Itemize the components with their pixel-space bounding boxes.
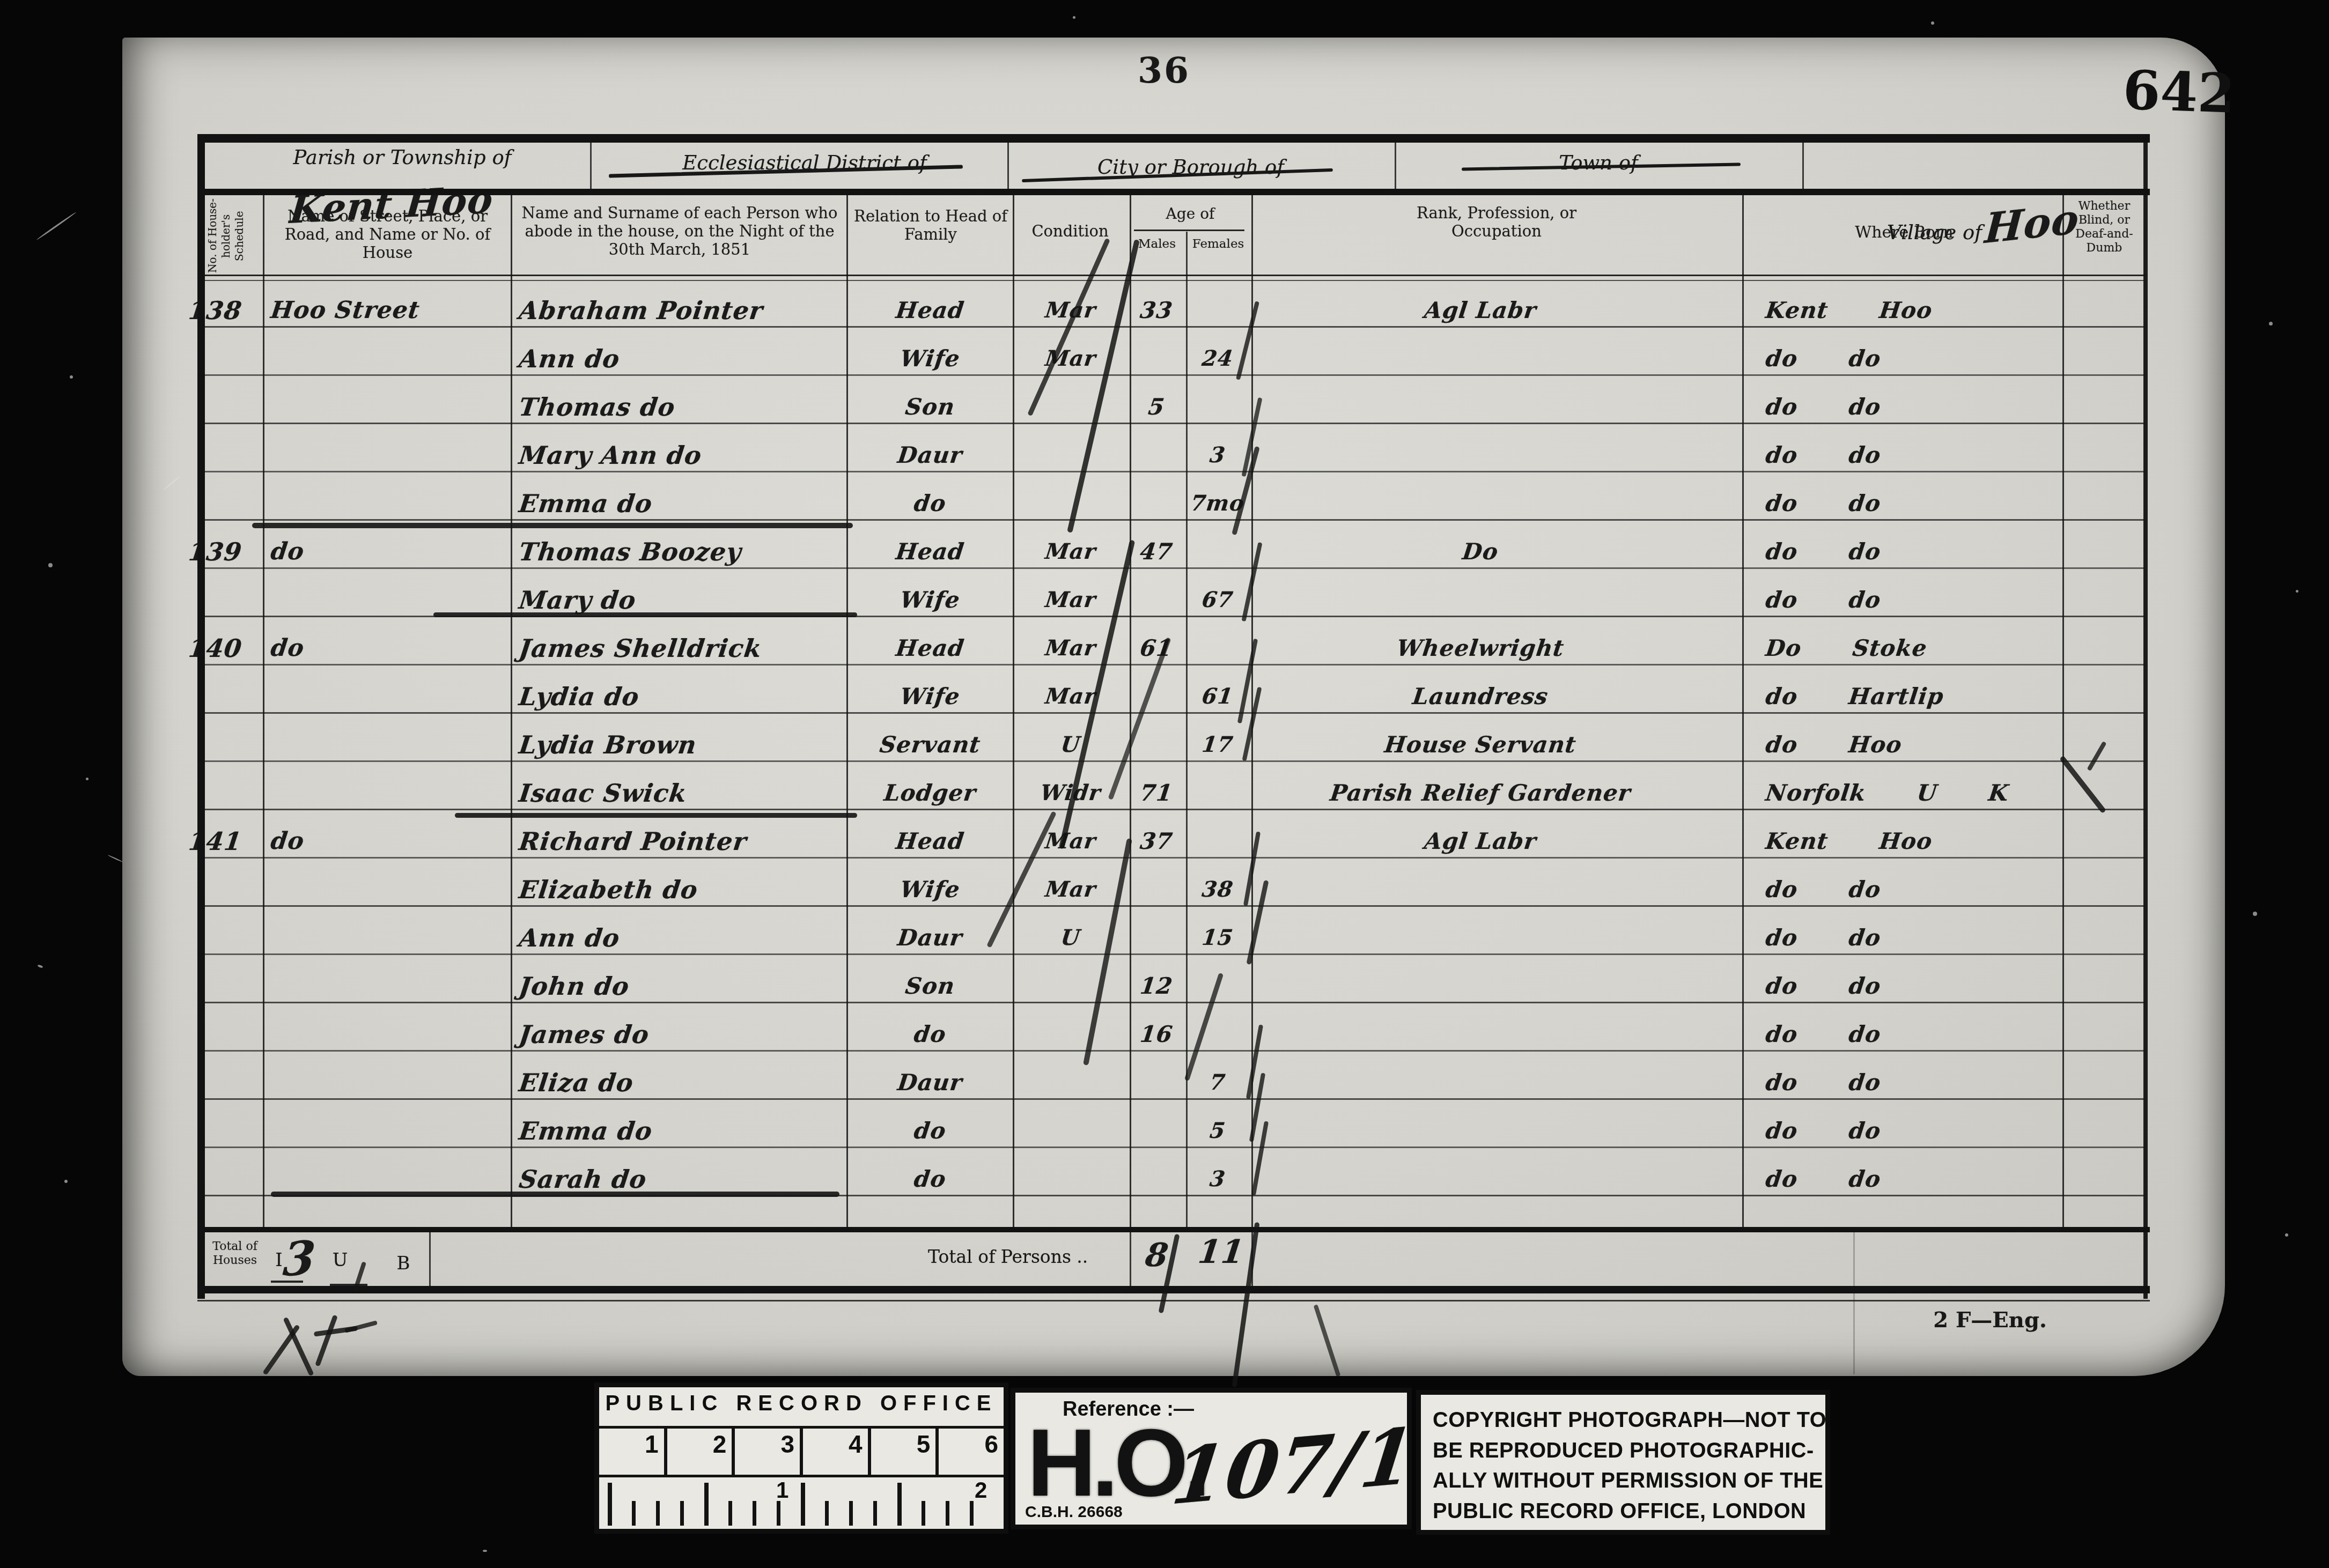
cell-name: Thomas Boozey [517,536,840,567]
film-speck [70,375,73,379]
census-microfilm-frame: 36 642 Parish or Township of Kent Hoo Ec… [0,0,2329,1568]
total-houses-value: 3 [282,1229,334,1287]
parish-label: Parish or Township of [247,146,558,169]
printed-rule [197,567,2144,569]
cell-age_m: 16 [1127,1019,1185,1050]
cell-occupation: Agl Labr [1264,826,1697,857]
plate-code: 2 F—Eng. [1910,1307,2070,1333]
cell-age_f: 7 [1184,1067,1251,1098]
printed-rule [197,326,2144,328]
cell-age_f: 67 [1184,585,1251,616]
cell-age_m: 12 [1127,971,1185,1002]
cell-born: Norfolk U K [1764,778,2100,809]
printed-rule [197,1002,2144,1003]
cell-born: do do [1764,536,2100,567]
printed-rule [197,1147,2144,1148]
cell-name: Elizabeth do [517,874,840,905]
cell-condition: Mar [1016,536,1125,567]
column-schedule: No. of House-holder's Schedule [206,198,260,273]
cell-born: Kent Hoo [1764,295,2100,326]
pro-ruler-inch-2: 2 [975,1477,987,1503]
total-houses-b: B [392,1253,415,1274]
cell-relation: Son [852,971,1008,1002]
cell-occupation: House Servant [1264,729,1697,760]
column-age: Age of [1132,205,1249,223]
cell-street: do [269,633,503,664]
cell-age_f: 38 [1184,874,1251,905]
printed-rule [197,519,2144,521]
film-speck [48,563,53,567]
printed-rule [197,280,2146,281]
printed-rule [590,143,592,190]
printed-rule [1742,195,1744,1228]
printed-rule [1007,143,1009,190]
printed-rule [846,195,848,1228]
cell-name: Isaac Swick [517,778,840,809]
printed-rule [197,953,2144,955]
cell-relation: Wife [852,874,1008,905]
cell-relation: Wife [852,681,1008,712]
printed-rule [197,664,2144,665]
cell-name: Emma do [517,488,840,519]
pro-ruler-cm-number: 5 [871,1429,939,1475]
cell-born: Do Stoke [1764,633,2100,664]
printed-rule [197,809,2144,810]
total-houses-label: Total of Houses [207,1240,263,1268]
ink-mark [271,1192,839,1197]
cell-name: Mary do [517,585,840,616]
reference-code: C.B.H. 26668 [1025,1503,1123,1521]
page-number: 36 [1116,49,1212,91]
printed-rule [197,374,2144,376]
cell-born: do do [1764,440,2100,471]
pro-ruler-ticks-small [608,1501,994,1526]
cell-name: Emma do [517,1115,840,1147]
cell-occupation: Agl Labr [1264,295,1697,326]
total-females: 11 [1190,1233,1254,1271]
total-persons-label: Total of Persons .. [928,1246,1105,1267]
film-speck [108,855,123,862]
cell-name: Lydia do [517,681,840,712]
printed-rule [1395,143,1396,190]
pro-ruler-cm-number: 3 [735,1429,803,1475]
pro-ruler-title: PUBLIC RECORD OFFICE [599,1392,1004,1416]
printed-rule [1130,1229,1131,1287]
pro-ruler-inch-1: 1 [776,1477,788,1503]
reference-stamp: Reference :— H.O. 107/1609 C.B.H. 26668 [1011,1388,1412,1529]
printed-rule [330,1284,367,1286]
printed-rule [197,189,2150,195]
cell-born: do do [1764,1115,2100,1147]
cell-name: John do [517,971,840,1002]
cell-relation: Head [852,826,1008,857]
film-speck [483,1550,487,1552]
printed-rule [197,1050,2144,1052]
cell-born: do do [1764,922,2100,953]
cell-relation: Daur [852,922,1008,953]
cell-occupation: Wheelwright [1264,633,1697,664]
column-relation: Relation to Head of Family [852,207,1009,243]
column-females: Females [1186,237,1250,252]
film-speck [2269,322,2273,326]
cell-name: Thomas do [517,391,840,423]
cell-born: do do [1764,1067,2100,1098]
cell-condition: Mar [1016,681,1125,712]
pro-ruler-cm-number: 6 [939,1429,1004,1475]
cell-age_f: 3 [1184,1164,1251,1195]
cell-relation: do [852,1164,1008,1195]
cell-relation: Wife [852,343,1008,374]
copyright-stamp: COPYRIGHT PHOTOGRAPH—NOT TOBE REPRODUCED… [1416,1390,1830,1535]
pro-ruler-stamp: PUBLIC RECORD OFFICE 123456 1 2 [594,1382,1008,1534]
cell-age_f: 5 [1184,1115,1251,1147]
town-label: Town of [1480,151,1716,174]
cell-age_m: 61 [1127,633,1185,664]
printed-rule [429,1229,431,1287]
cell-street: do [269,826,503,857]
cell-age_m: 33 [1127,295,1185,326]
printed-rule [197,857,2144,859]
cell-name: Richard Pointer [517,826,840,857]
printed-rule [197,134,205,1299]
copyright-line: PUBLIC RECORD OFFICE, LONDON [1433,1496,1805,1526]
film-speck [1931,21,1934,25]
film-speck [86,778,89,780]
cell-name: Mary Ann do [517,440,840,471]
printed-rule [197,134,2150,143]
printed-rule [197,1300,2150,1301]
copyright-text: COPYRIGHT PHOTOGRAPH—NOT TOBE REPRODUCED… [1433,1404,1817,1526]
cell-born: do do [1764,585,2100,616]
ink-mark [433,612,857,617]
pro-ruler-cm-number: 2 [667,1429,735,1475]
cell-relation: Son [852,391,1008,423]
cell-age_f: 15 [1184,922,1251,953]
printed-rule [197,905,2144,907]
cell-relation: do [852,1019,1008,1050]
cell-born: do do [1764,874,2100,905]
ink-mark [1853,1231,1855,1374]
cell-name: Eliza do [517,1067,840,1098]
film-speck [64,1180,68,1183]
cell-born: do do [1764,488,2100,519]
column-condition: Condition [1014,222,1126,240]
printed-rule [197,1098,2144,1100]
printed-rule [1130,195,1131,1228]
cell-born: do do [1764,1019,2100,1050]
cell-born: do do [1764,391,2100,423]
cell-born: do Hoo [1764,729,2100,760]
cell-born: Kent Hoo [1764,826,2100,857]
pro-ruler-cm-row: 123456 [599,1429,1004,1475]
film-speck [1073,16,1075,19]
printed-rule [1134,230,1244,231]
cell-condition: Mar [1016,874,1125,905]
cell-name: James do [517,1019,840,1050]
cell-age_m: 71 [1127,778,1185,809]
cell-occupation: Laundress [1264,681,1697,712]
cell-relation: do [852,1115,1008,1147]
printed-rule [197,471,2144,472]
cell-name: Sarah do [517,1164,840,1195]
copyright-line: ALLY WITHOUT PERMISSION OF THE [1433,1465,1805,1496]
printed-rule [197,1227,2150,1232]
cell-name: James Shelldrick [517,633,840,664]
cell-relation: do [852,488,1008,519]
cell-name: Ann do [517,343,840,374]
printed-rule [197,712,2144,714]
printed-rule [2062,195,2064,1228]
cell-street: Hoo Street [269,295,503,326]
cell-occupation: Parish Relief Gardener [1264,778,1697,809]
pro-ruler-cm-number: 4 [803,1429,871,1475]
film-speck [2253,912,2257,916]
cell-name: Abraham Pointer [517,295,840,326]
printed-rule [263,195,264,1228]
column-rank: Rank, Profession, or Occupation [1411,204,1582,240]
cell-age_m: 47 [1127,536,1185,567]
cell-condition: Mar [1016,585,1125,616]
cell-name: Lydia Brown [517,729,840,760]
copyright-line: BE REPRODUCED PHOTOGRAPHIC- [1433,1435,1805,1466]
printed-rule [197,275,2146,276]
cell-relation: Head [852,536,1008,567]
printed-rule [511,195,512,1228]
cell-relation: Head [852,295,1008,326]
cell-relation: Servant [852,729,1008,760]
column-name: Name and Surname of each Person who abod… [516,204,843,259]
printed-rule [197,760,2144,762]
cell-relation: Daur [852,440,1008,471]
ink-mark [455,813,857,818]
cell-age_m: 37 [1127,826,1185,857]
ink-mark [252,523,853,528]
printed-rule [1802,143,1804,190]
column-street: Name of Street, Place, or Road, and Name… [268,207,507,262]
printed-rule [390,1287,428,1289]
film-speck [2285,1233,2288,1237]
cell-name: Ann do [517,922,840,953]
cell-born: do do [1764,1164,2100,1195]
cell-condition: U [1016,729,1125,760]
film-speck [2296,590,2298,593]
film-speck [38,964,43,968]
cell-street: do [269,536,503,567]
cell-relation: Daur [852,1067,1008,1098]
folio-stamp: 642 [2122,58,2231,125]
cell-relation: Wife [852,585,1008,616]
pro-ruler-cm-number: 1 [599,1429,667,1475]
cell-born: do do [1764,971,2100,1002]
cell-occupation: Do [1264,536,1697,567]
printed-rule [197,423,2144,424]
printed-rule [2143,134,2148,1299]
printed-rule [1013,195,1014,1228]
cell-born: do Hartlip [1764,681,2100,712]
column-where-born: Where Born [1786,223,2022,242]
cell-age_f: 3 [1184,440,1251,471]
cell-relation: Lodger [852,778,1008,809]
cell-age_m: 5 [1127,391,1185,423]
cell-age_f: 17 [1184,729,1251,760]
copyright-line: COPYRIGHT PHOTOGRAPH—NOT TO [1433,1404,1805,1435]
film-speck [36,211,76,240]
cell-born: do do [1764,343,2100,374]
cell-relation: Head [852,633,1008,664]
total-houses-u: U [328,1249,352,1271]
printed-rule [197,1286,2150,1293]
column-blind: Whether Blind, or Deaf-and-Dumb [2065,199,2143,255]
